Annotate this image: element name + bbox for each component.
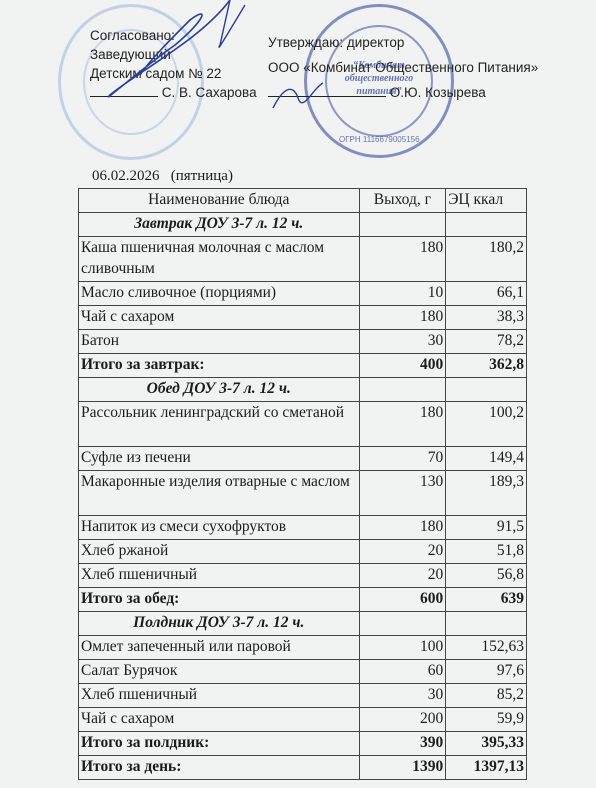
header-yield: Выход, г: [359, 189, 446, 213]
dish-yield: 130: [359, 471, 446, 516]
dish-name: Суфле из печени: [79, 447, 360, 471]
dish-name: Рассольник ленинградский со сметаной: [79, 402, 360, 447]
header-kcal: ЭЦ ккал: [446, 189, 527, 213]
table-total-row: Итого за завтрак:400362,8: [79, 354, 527, 378]
dish-name: Итого за полдник:: [79, 732, 360, 756]
dish-yield: 100: [359, 636, 446, 660]
table-row: Омлет запеченный или паровой100152,63: [79, 636, 527, 660]
table-row: Хлеб пшеничный2056,8: [79, 564, 527, 588]
dish-yield: 180: [359, 516, 446, 540]
stamp-ogrn: ОГРН 1116679005156: [339, 135, 420, 144]
dish-name: Завтрак ДОУ 3-7 л. 12 ч.: [79, 213, 360, 237]
table-row: Рассольник ленинградский со сметаной1801…: [79, 402, 527, 447]
dish-kcal: [446, 213, 527, 237]
dish-yield: [359, 612, 446, 636]
dish-yield: 30: [359, 330, 446, 354]
dish-name: Хлеб пшеничный: [79, 564, 360, 588]
approval-left-block: Согласовано: Заведующий Детским садом № …: [90, 26, 257, 102]
dish-name: Чай с сахаром: [79, 306, 360, 330]
dish-kcal: 59,9: [446, 708, 527, 732]
table-header-row: Наименование блюда Выход, г ЭЦ ккал: [79, 189, 527, 213]
dish-yield: 600: [359, 588, 446, 612]
menu-table: Наименование блюда Выход, г ЭЦ ккал Завт…: [78, 188, 527, 780]
approval-right-block: Утверждаю: директор ООО «Комбинат Общест…: [268, 33, 538, 102]
dish-name: Макаронные изделия отварные с маслом: [79, 471, 360, 516]
dish-name: Каша пшеничная молочная с маслом сливочн…: [79, 237, 360, 282]
dish-yield: 20: [359, 564, 446, 588]
approval-left-signatory: С. В. Сахарова: [162, 85, 257, 100]
menu-date-line: 06.02.2026 (пятница): [92, 168, 233, 185]
dish-kcal: 1397,13: [446, 756, 527, 780]
approval-right-signature-row: О.Ю. Козырева: [268, 83, 538, 102]
dish-yield: 390: [359, 732, 446, 756]
dish-yield: 180: [359, 237, 446, 282]
table-row: Напиток из смеси сухофруктов18091,5: [79, 516, 527, 540]
dish-yield: 180: [359, 402, 446, 447]
table-total-row: Итого за день:13901397,13: [79, 756, 527, 780]
dish-yield: 180: [359, 306, 446, 330]
dish-name: Масло сливочное (порциями): [79, 282, 360, 306]
dish-yield: 20: [359, 540, 446, 564]
dish-kcal: 149,4: [446, 447, 527, 471]
table-row: Хлеб пшеничный3085,2: [79, 684, 527, 708]
dish-name: Салат Бурячок: [79, 660, 360, 684]
dish-kcal: 639: [446, 588, 527, 612]
signature-line: [268, 84, 386, 97]
dish-kcal: 180,2: [446, 237, 527, 282]
approval-right-line1: Утверждаю: директор: [268, 33, 538, 52]
approval-left-line2: Заведующий: [90, 45, 257, 64]
table-section-row: Завтрак ДОУ 3-7 л. 12 ч.: [79, 213, 527, 237]
dish-kcal: 395,33: [446, 732, 527, 756]
dish-kcal: 189,3: [446, 471, 527, 516]
dish-yield: 1390: [359, 756, 446, 780]
approval-right-line2: ООО «Комбинат Общественного Питания»: [268, 58, 538, 77]
dish-name: Полдник ДОУ 3-7 л. 12 ч.: [79, 612, 360, 636]
dish-yield: 200: [359, 708, 446, 732]
dish-yield: 30: [359, 684, 446, 708]
dish-kcal: 66,1: [446, 282, 527, 306]
table-total-row: Итого за обед:600639: [79, 588, 527, 612]
table-row: Чай с сахаром20059,9: [79, 708, 527, 732]
dish-name: Итого за обед:: [79, 588, 360, 612]
approval-right-signatory: О.Ю. Козырева: [390, 85, 486, 100]
dish-name: Итого за день:: [79, 756, 360, 780]
dish-kcal: 56,8: [446, 564, 527, 588]
approval-left-signature-row: С. В. Сахарова: [90, 83, 257, 102]
dish-kcal: 38,3: [446, 306, 527, 330]
signature-line: [90, 84, 158, 97]
table-row: Чай с сахаром18038,3: [79, 306, 527, 330]
dish-name: Батон: [79, 330, 360, 354]
table-row: Суфле из печени70149,4: [79, 447, 527, 471]
dish-name: Омлет запеченный или паровой: [79, 636, 360, 660]
table-section-row: Полдник ДОУ 3-7 л. 12 ч.: [79, 612, 527, 636]
table-row: Каша пшеничная молочная с маслом сливочн…: [79, 237, 527, 282]
menu-date: 06.02.2026: [92, 168, 160, 184]
dish-name: Чай с сахаром: [79, 708, 360, 732]
dish-yield: 400: [359, 354, 446, 378]
dish-kcal: 97,6: [446, 660, 527, 684]
table-section-row: Обед ДОУ 3-7 л. 12 ч.: [79, 378, 527, 402]
dish-kcal: 78,2: [446, 330, 527, 354]
dish-kcal: 152,63: [446, 636, 527, 660]
menu-weekday: (пятница): [171, 168, 233, 184]
dish-name: Хлеб ржаной: [79, 540, 360, 564]
dish-yield: 60: [359, 660, 446, 684]
approval-left-line1: Согласовано:: [90, 26, 257, 45]
dish-name: Напиток из смеси сухофруктов: [79, 516, 360, 540]
table-total-row: Итого за полдник:390395,33: [79, 732, 527, 756]
dish-kcal: 85,2: [446, 684, 527, 708]
dish-kcal: [446, 378, 527, 402]
approval-left-line3: Детским садом № 22: [90, 64, 257, 83]
table-row: Батон3078,2: [79, 330, 527, 354]
dish-yield: [359, 213, 446, 237]
dish-yield: 10: [359, 282, 446, 306]
dish-name: Обед ДОУ 3-7 л. 12 ч.: [79, 378, 360, 402]
dish-yield: [359, 378, 446, 402]
dish-name: Итого за завтрак:: [79, 354, 360, 378]
dish-name: Хлеб пшеничный: [79, 684, 360, 708]
table-row: Салат Бурячок6097,6: [79, 660, 527, 684]
dish-kcal: 51,8: [446, 540, 527, 564]
dish-kcal: 91,5: [446, 516, 527, 540]
header-dish-name: Наименование блюда: [79, 189, 360, 213]
dish-kcal: 100,2: [446, 402, 527, 447]
dish-kcal: [446, 612, 527, 636]
table-row: Хлеб ржаной2051,8: [79, 540, 527, 564]
dish-yield: 70: [359, 447, 446, 471]
dish-kcal: 362,8: [446, 354, 527, 378]
table-row: Масло сливочное (порциями)1066,1: [79, 282, 527, 306]
table-row: Макаронные изделия отварные с маслом1301…: [79, 471, 527, 516]
